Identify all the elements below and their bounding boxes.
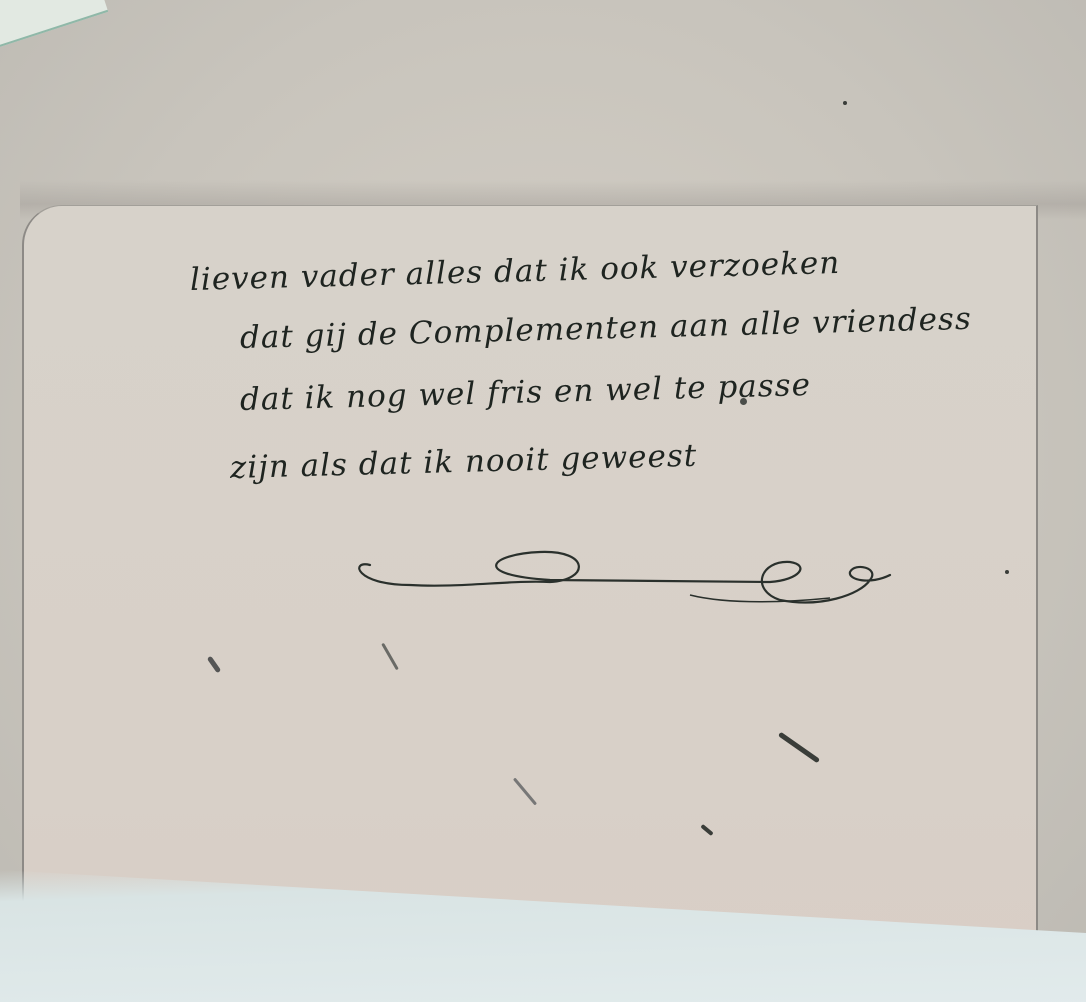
ink-speck [740, 398, 747, 405]
ink-speck [843, 101, 847, 105]
pen-flourish-icon [350, 540, 910, 620]
ink-speck [1005, 570, 1009, 574]
